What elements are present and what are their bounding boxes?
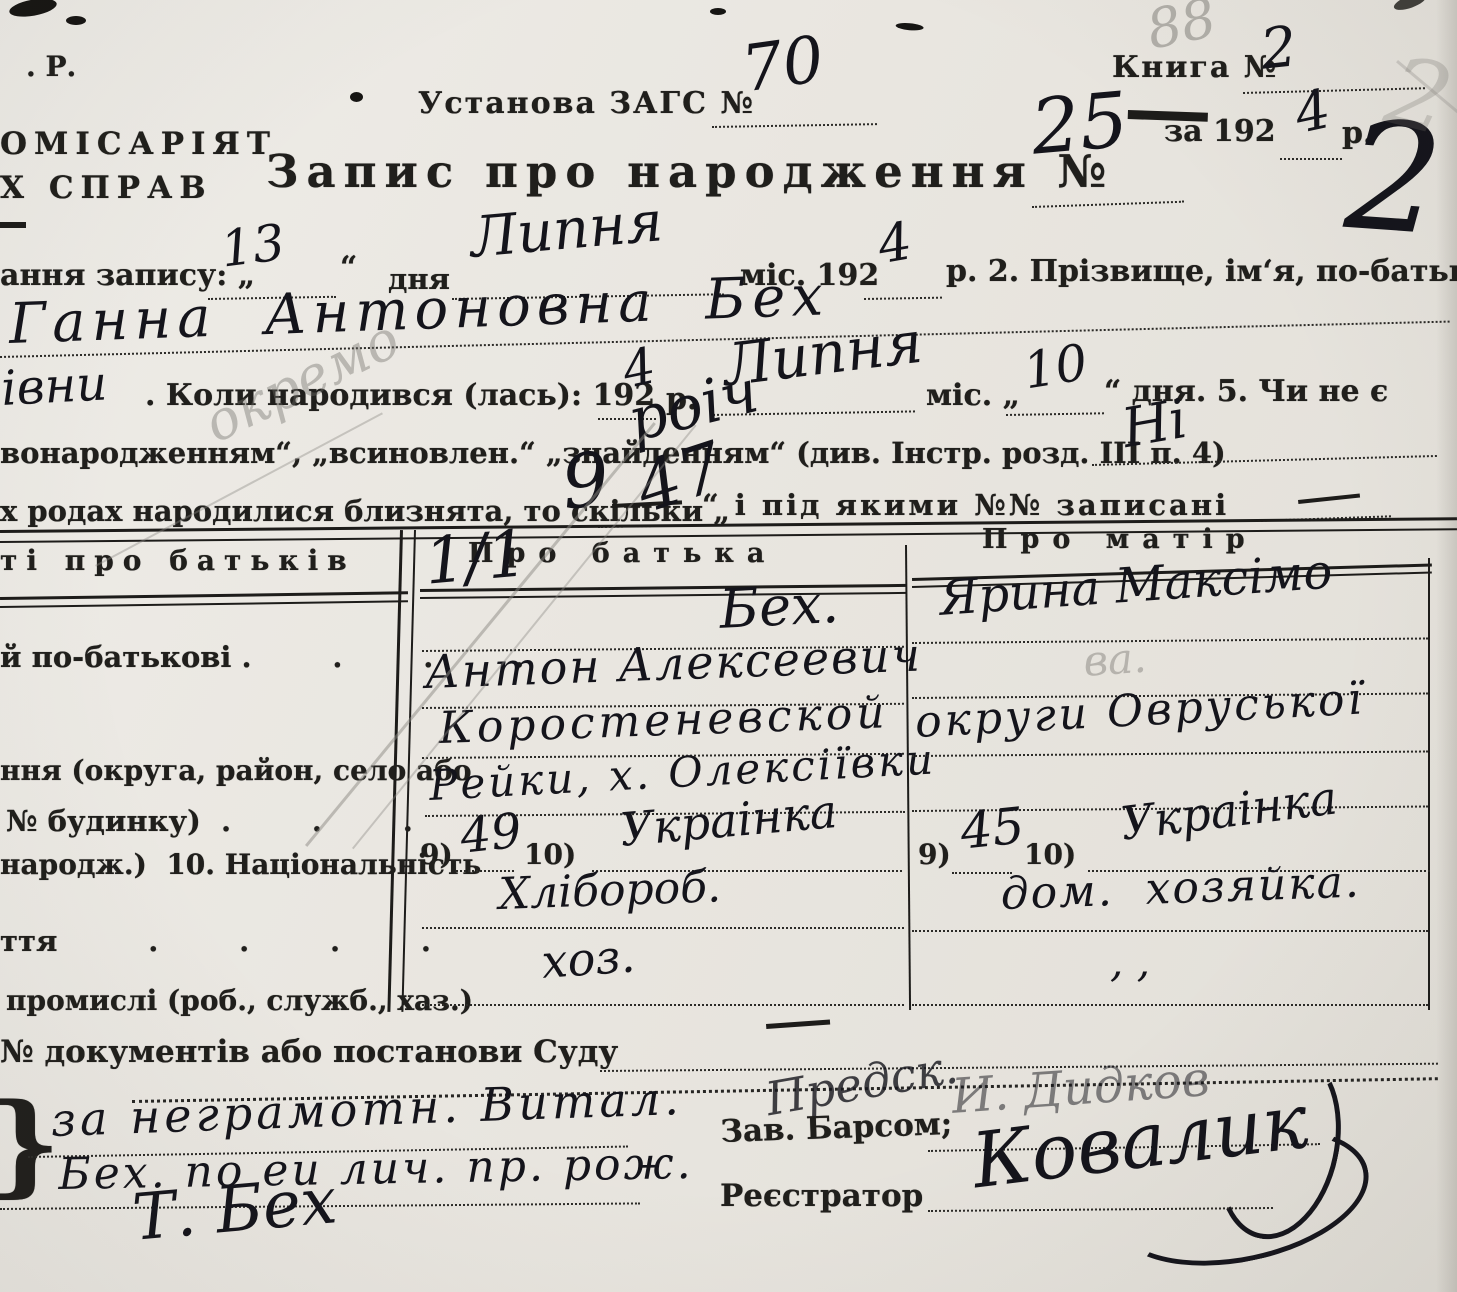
birth-day-handwritten: 10 bbox=[1020, 336, 1091, 398]
father-row-rule6 bbox=[422, 1004, 904, 1006]
question5-label: вонародженням“, „всиновлен.“ „знайденням… bbox=[0, 438, 1226, 468]
father-surname-handwritten: Бех. bbox=[718, 576, 840, 639]
father-occupation2-handwritten: хоз. bbox=[540, 931, 637, 986]
mother-q10-label: 10) bbox=[1024, 840, 1076, 869]
record-title: Запис про народження № bbox=[266, 148, 1114, 195]
zags-office-label: Установа ЗАГС № bbox=[418, 88, 755, 120]
dotted-blank-year2 bbox=[864, 297, 942, 300]
mother-row-rule3 bbox=[912, 750, 1428, 757]
name-continuation-handwritten: івни bbox=[0, 358, 108, 414]
record-year-digit-handwritten: 4 bbox=[874, 214, 916, 274]
parents-header-rule-a bbox=[0, 591, 408, 600]
parents-header-rule-b bbox=[0, 600, 408, 608]
label-residence2: № будинку) . . . bbox=[6, 806, 413, 836]
registrar-label: Реєстратор bbox=[720, 1180, 923, 1213]
label-ttia: ття . . . . bbox=[0, 926, 431, 956]
record-number-handwritten: 25 bbox=[1028, 80, 1131, 168]
mother-name-handwritten: Ярина Максімо bbox=[938, 547, 1334, 625]
mother-residence-handwritten: округи Овруської bbox=[914, 676, 1366, 746]
surname-question-label: р. 2. Прізвище, ім‘я, по-батькові bbox=[946, 256, 1457, 288]
zags-office-number-handwritten: 70 bbox=[738, 27, 828, 105]
ink-stain bbox=[1392, 0, 1428, 13]
ink-stain bbox=[895, 22, 924, 31]
scanned-birth-record-page: . Р. ОМІСАРІЯТ Х СПРАВ Установа ЗАГС № 7… bbox=[0, 0, 1457, 1292]
question5-answer-handwritten: Ні bbox=[1118, 391, 1191, 458]
label-residence1: ння (округа, район, село або bbox=[0, 756, 472, 785]
margin-dash-mark bbox=[0, 222, 26, 228]
agency-name-line1: ОМІСАРІЯТ bbox=[0, 128, 277, 161]
table-right-border bbox=[1428, 558, 1430, 1010]
dotted-blank-birth-day bbox=[1006, 412, 1104, 416]
dotted-blank-year bbox=[1280, 158, 1342, 160]
dotted-blank-office-no bbox=[712, 123, 877, 128]
label-occupation: промислі (роб., служб., хаз.) bbox=[6, 986, 473, 1015]
record-date-day-handwritten: 13 bbox=[218, 216, 288, 276]
question6-tail-label: “ і під якими №№ записані bbox=[702, 490, 1229, 520]
ink-scribble-strokes: 1/1 bbox=[422, 521, 530, 597]
mother-row-rule1 bbox=[912, 637, 1428, 644]
record-month-handwritten: Липня bbox=[468, 193, 665, 268]
close-quote: “ bbox=[340, 252, 357, 284]
mother-q9-label: 9) bbox=[918, 840, 951, 869]
mother-nationality-handwritten: Украінка bbox=[1118, 773, 1340, 847]
table-header-mother: Про матір bbox=[982, 526, 1258, 554]
agency-name-line2: Х СПРАВ bbox=[0, 172, 213, 205]
corner-text-fragment: . Р. bbox=[26, 52, 76, 81]
mother-row-rule5 bbox=[912, 930, 1428, 932]
heavy-dash-over-number bbox=[1128, 110, 1208, 122]
handwritten-dash-docs bbox=[766, 1020, 830, 1029]
note-signature-handwritten: Т. Бех bbox=[130, 1168, 339, 1253]
ink-stain bbox=[8, 0, 58, 20]
mother-stray-marks: , , bbox=[1110, 940, 1150, 984]
father-q9-label: 9) bbox=[420, 840, 453, 869]
ink-stain bbox=[350, 92, 363, 102]
ink-stain bbox=[66, 16, 86, 25]
mother-row-rule6 bbox=[912, 1004, 1428, 1006]
head-official-label: Зав. Барсом; bbox=[720, 1108, 953, 1149]
label-age-nationality: народж.) 10. Національність bbox=[0, 850, 481, 879]
birth-month-label: міс. „ bbox=[926, 380, 1020, 412]
illiteracy-note-line1-handwritten: за неграмотн. Витал. bbox=[50, 1074, 683, 1144]
father-age-handwritten: 49 bbox=[458, 806, 524, 862]
documents-label: № документів або постанови Суду bbox=[0, 1036, 618, 1069]
father-q10-label: 10) bbox=[524, 840, 576, 869]
mother-name-pencil-continuation: ва. bbox=[1082, 636, 1148, 684]
mother-occupation-handwritten: дом. хозяйка. bbox=[1000, 859, 1361, 918]
ink-stain bbox=[710, 8, 726, 15]
handwritten-dash-q6-end bbox=[1298, 494, 1360, 504]
table-header-parents: ті про батьків bbox=[0, 546, 356, 575]
book-label: Книга № bbox=[1112, 52, 1278, 84]
father-occupation-handwritten: Хлібороб. bbox=[498, 864, 722, 918]
book-number-handwritten: 2 bbox=[1258, 18, 1300, 80]
question6-label: х родах народилися близнята, то скільки … bbox=[0, 496, 730, 526]
underline-record-number bbox=[1032, 201, 1184, 208]
mother-age-handwritten: 45 bbox=[958, 799, 1027, 858]
father-row-rule5 bbox=[422, 927, 904, 929]
